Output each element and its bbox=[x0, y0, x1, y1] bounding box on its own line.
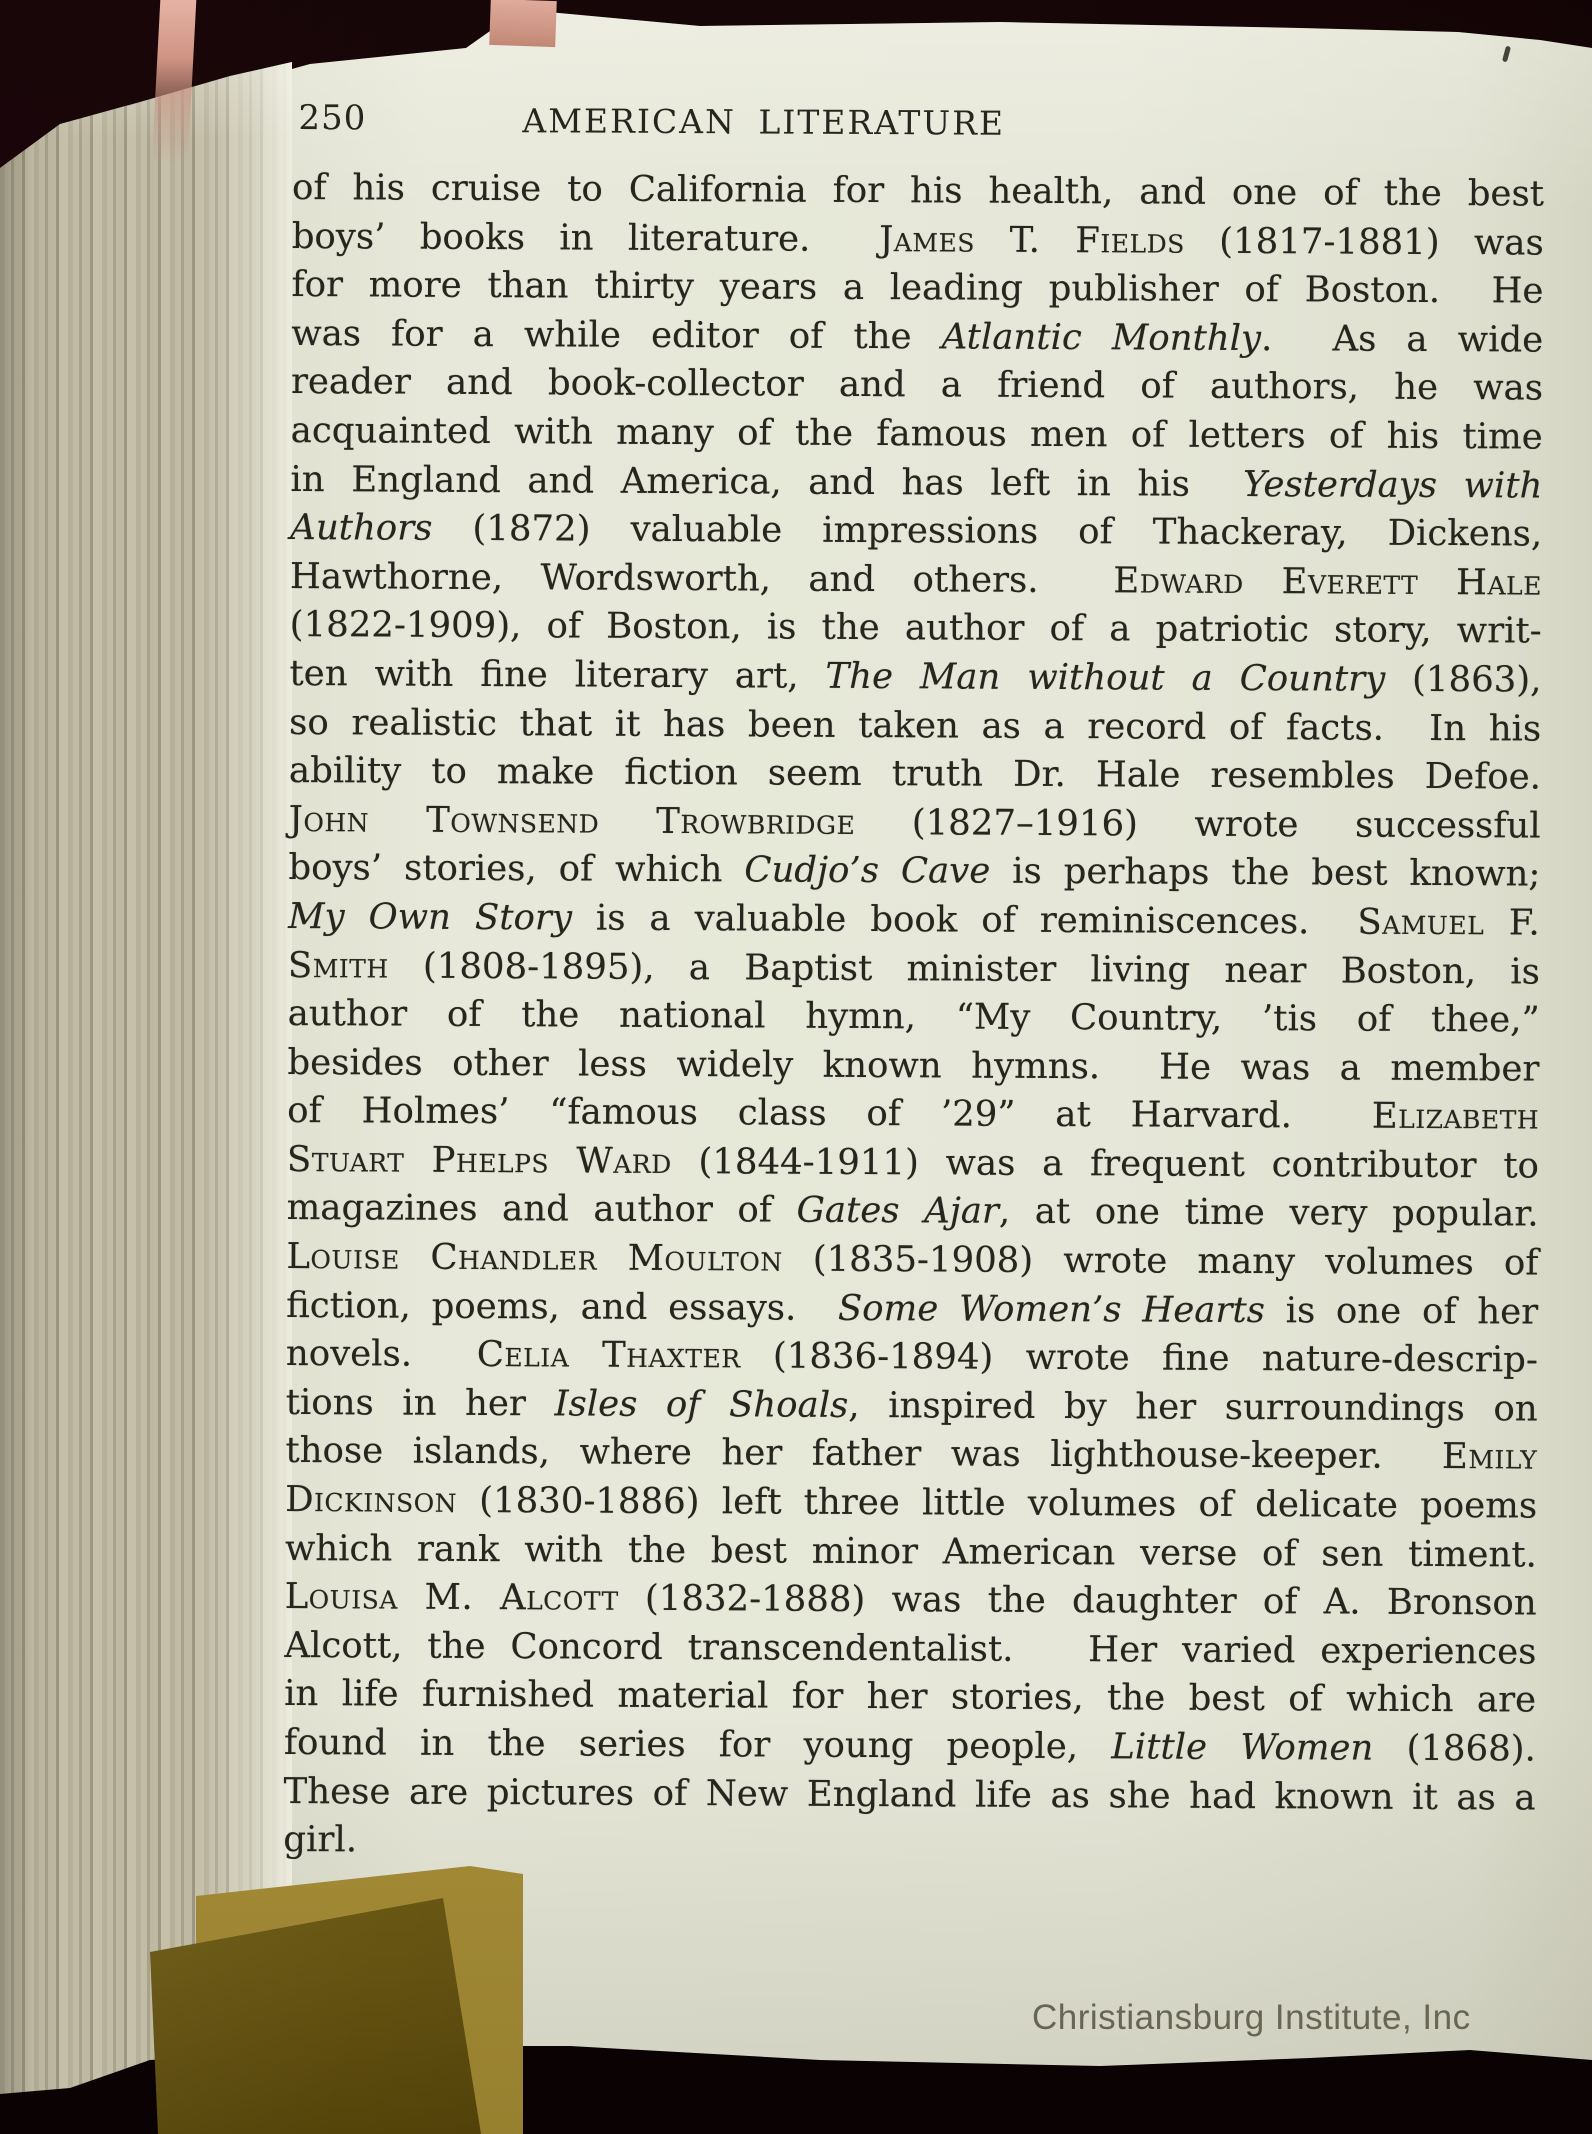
text-line: of Holmes’ “famous class of ’29” at Harv… bbox=[287, 1087, 1539, 1142]
text-line: for more than thirty years a leading pub… bbox=[291, 261, 1543, 316]
page-header: 250 AMERICAN LITERATURE bbox=[292, 98, 1544, 149]
text-line: in England and America, and has left in … bbox=[290, 456, 1542, 511]
watermark: Christiansburg Institute, Inc bbox=[1032, 1998, 1552, 2038]
text-line: Louisa M. Alcott (1832-1888) was the dau… bbox=[285, 1573, 1537, 1628]
text-line: author of the national hymn, “My Country… bbox=[288, 990, 1540, 1045]
text-line: ten with fine literary art, The Man with… bbox=[289, 650, 1541, 705]
text-line: Stuart Phelps Ward (1844-1911) was a fre… bbox=[287, 1136, 1539, 1191]
text-line: Dickinson (1830-1886) left three little … bbox=[285, 1476, 1537, 1531]
text-line: those islands, where her father was ligh… bbox=[285, 1427, 1537, 1482]
text-line: in life furnished material for her stori… bbox=[284, 1670, 1536, 1725]
text-line: fiction, poems, and essays. Some Women’s… bbox=[286, 1282, 1538, 1337]
text-line: of his cruise to California for his heal… bbox=[292, 164, 1544, 219]
printed-text: 250 AMERICAN LITERATURE of his cruise to… bbox=[282, 0, 1545, 2134]
page-number: 250 bbox=[298, 98, 366, 138]
text-line: Alcott, the Concord transcendentalist. H… bbox=[284, 1622, 1536, 1677]
text-line: magazines and author of Gates Ajar, at o… bbox=[287, 1184, 1539, 1239]
text-line: boys’ books in literature. James T. Fiel… bbox=[292, 213, 1544, 268]
text-line: acquainted with many of the famous men o… bbox=[291, 407, 1543, 462]
running-title: AMERICAN LITERATURE bbox=[522, 101, 1005, 143]
text-line: boys’ stories, of which Cudjo’s Cave is … bbox=[288, 844, 1540, 899]
text-line: was for a while editor of the Atlantic M… bbox=[291, 310, 1543, 365]
text-line: besides other less widely known hymns. H… bbox=[287, 1039, 1539, 1094]
text-line: John Townsend Trowbridge (1827–1916) wro… bbox=[289, 796, 1541, 851]
text-line: novels. Celia Thaxter (1836-1894) wrote … bbox=[286, 1330, 1538, 1385]
text-line: found in the series for young people, Li… bbox=[284, 1719, 1536, 1774]
text-line: These are pictures of New England life a… bbox=[283, 1768, 1535, 1823]
text-line: Louise Chandler Moulton (1835-1908) wrot… bbox=[286, 1233, 1538, 1288]
book-photo: 250 AMERICAN LITERATURE of his cruise to… bbox=[0, 0, 1592, 2134]
text-line: Hawthorne, Wordsworth, and others. Edwar… bbox=[290, 553, 1542, 608]
text-line: Authors (1872) valuable impressions of T… bbox=[290, 504, 1542, 559]
text-line: girl. bbox=[283, 1816, 1535, 1871]
text-line: reader and book-collector and a friend o… bbox=[291, 358, 1543, 413]
text-line: tions in her Isles of Shoals, inspired b… bbox=[286, 1379, 1538, 1434]
text-line: Smith (1808-1895), a Baptist minister li… bbox=[288, 941, 1540, 996]
text-line: so realistic that it has been taken as a… bbox=[289, 699, 1541, 754]
text-line: which rank with the best minor American … bbox=[285, 1525, 1537, 1580]
text-line: (1822-1909), of Boston, is the author of… bbox=[290, 601, 1542, 656]
body-text: of his cruise to California for his heal… bbox=[283, 164, 1544, 1871]
text-line: ability to make fiction seem truth Dr. H… bbox=[289, 747, 1541, 802]
text-line: My Own Story is a valuable book of remin… bbox=[288, 893, 1540, 948]
